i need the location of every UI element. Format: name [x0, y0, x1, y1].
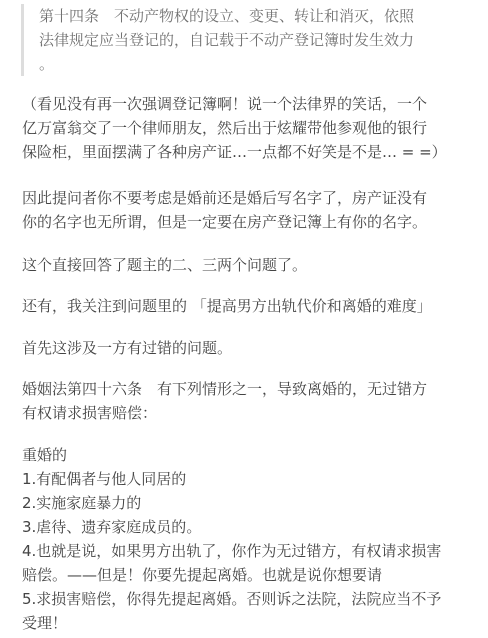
list-item: 2.实施家庭暴力的: [22, 491, 441, 515]
paragraph-line: 这个直接回答了题主的二、三两个问题了。: [22, 253, 307, 277]
list-item: 4.也就是说，如果男方出轨了，你作为无过错方，有权请求损害: [22, 539, 441, 563]
paragraph-damages-list: 重婚的 1.有配偶者与他人同居的 2.实施家庭暴力的 3.虐待、遗弃家庭成员的。…: [22, 443, 441, 635]
article-page: 第十四条 不动产物权的设立、变更、转让和消灭，依照 法律规定应当登记的，自记载于…: [0, 0, 488, 638]
list-item: 重婚的: [22, 443, 441, 467]
paragraph-fault-issue: 首先这涉及一方有过错的问题。: [22, 336, 232, 360]
paragraph-line: 有权请求损害赔偿：: [22, 401, 427, 425]
paragraph-joke: （看见没有再一次强调登记簿啊！说一个法律界的笑话，一个 亿万富翁交了一个律师朋友…: [22, 92, 447, 164]
paragraph-line: 婚姻法第四十六条 有下列情形之一，导致离婚的，无过错方: [22, 377, 427, 401]
paragraph-line: 首先这涉及一方有过错的问题。: [22, 336, 232, 360]
paragraph-line: 亿万富翁交了一个律师朋友，然后出于炫耀带他参观他的银行: [22, 116, 447, 140]
paragraph-line: （看见没有再一次强调登记簿啊！说一个法律界的笑话，一个: [22, 92, 447, 116]
paragraph-question-focus: 还有，我关注到问题里的 「提高男方出轨代价和离婚的难度」: [22, 294, 432, 318]
quote-line: 。: [39, 52, 439, 76]
paragraph-registration-advice: 因此提问者你不要考虑是婚前还是婚后写名字了，房产证没有 你的名字也无所谓，但是一…: [22, 186, 427, 234]
quote-line: 第十四条 不动产物权的设立、变更、转让和消灭，依照: [39, 4, 439, 28]
list-item: 5.求损害赔偿，你得先提起离婚。否则诉之法院，法院应当不予: [22, 587, 441, 611]
paragraph-answer-summary: 这个直接回答了题主的二、三两个问题了。: [22, 253, 307, 277]
quote-line: 法律规定应当登记的，自记载于不动产登记簿时发生效力: [39, 28, 439, 52]
paragraph-line: 你的名字也无所谓，但是一定要在房产登记簿上有你的名字。: [22, 210, 427, 234]
list-item: 受理！: [22, 611, 441, 635]
list-item: 3.虐待、遗弃家庭成员的。: [22, 515, 441, 539]
list-item: 1.有配偶者与他人同居的: [22, 467, 441, 491]
paragraph-line: 还有，我关注到问题里的 「提高男方出轨代价和离婚的难度」: [22, 294, 432, 318]
paragraph-marriage-law-article: 婚姻法第四十六条 有下列情形之一，导致离婚的，无过错方 有权请求损害赔偿：: [22, 377, 427, 425]
list-item: 赔偿。——但是！你要先提起离婚。也就是说你想要请: [22, 563, 441, 587]
paragraph-line: 因此提问者你不要考虑是婚前还是婚后写名字了，房产证没有: [22, 186, 427, 210]
paragraph-line: 保险柜，里面摆满了各种房产证…一点都不好笑是不是… = =）: [22, 140, 447, 164]
law-quote-blockquote: 第十四条 不动产物权的设立、变更、转让和消灭，依照 法律规定应当登记的，自记载于…: [21, 4, 439, 76]
